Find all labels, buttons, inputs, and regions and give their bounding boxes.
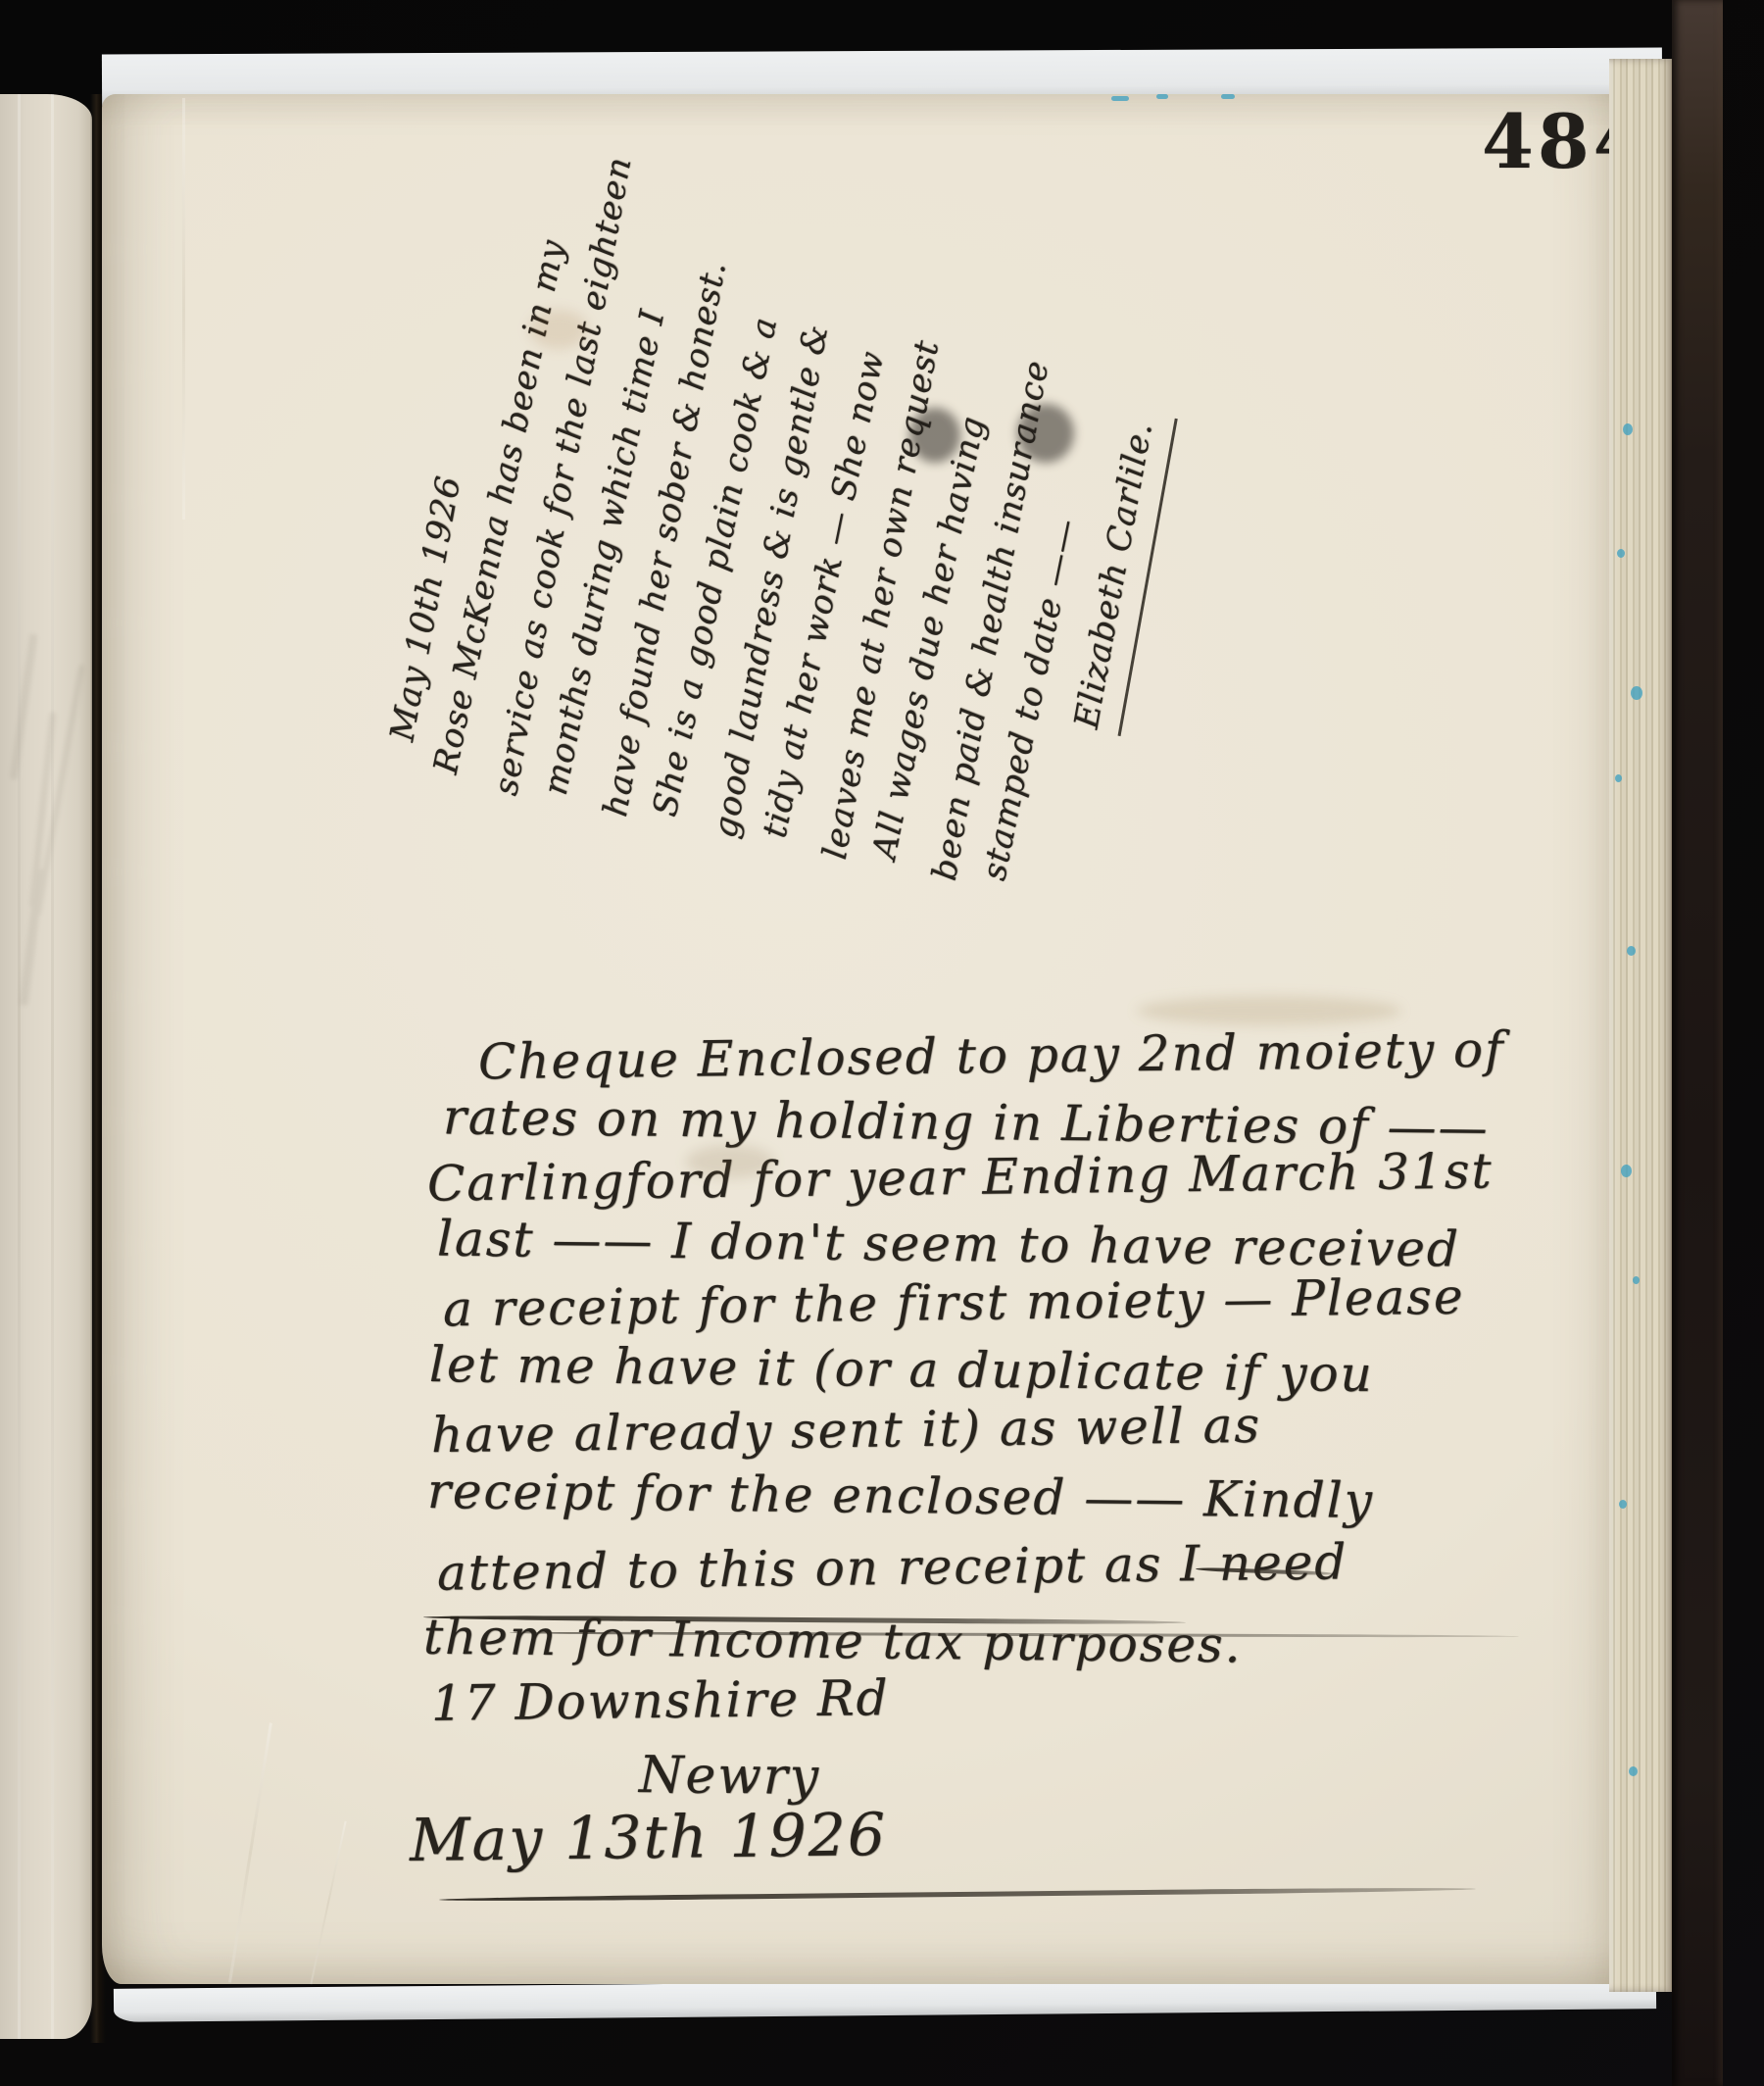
letter-line: let me have it (or a duplicate if you	[429, 1336, 1374, 1403]
letter-line: receipt for the enclosed —— Kindly	[427, 1463, 1375, 1529]
blue-speck	[1619, 1500, 1627, 1509]
date-line: May 13th 1926	[410, 1801, 888, 1875]
letter-line: last —— I don't seem to have received	[437, 1211, 1460, 1278]
address-line: Newry	[639, 1746, 821, 1807]
blue-speck	[1623, 423, 1633, 435]
reference-note-block: May 10th 1926 Rose McKenna has been in m…	[365, 132, 1203, 907]
blue-speck	[1221, 94, 1235, 99]
blue-speck	[1621, 1165, 1632, 1177]
book-binding-cover	[1672, 0, 1723, 2086]
bleed-through-ghost-writing	[14, 623, 73, 1045]
left-page-stack	[0, 94, 92, 2039]
letter-line: have already sent it) as well as	[431, 1397, 1262, 1464]
blue-speck	[1617, 549, 1625, 558]
ink-blot	[909, 408, 960, 463]
blue-speck	[1627, 946, 1636, 956]
page-crease	[182, 98, 185, 520]
ink-blot	[1017, 404, 1074, 463]
address-line: 17 Downshire Rd	[431, 1669, 890, 1732]
page-crease	[310, 1821, 346, 1985]
blue-speck	[1629, 1766, 1638, 1776]
blue-speck	[1615, 774, 1622, 782]
fore-edge-page-stack	[1609, 59, 1674, 1992]
scanned-book-photograph: 484 May 10th 1926 Rose McKenna has been …	[0, 0, 1764, 2086]
blue-speck	[1633, 1276, 1640, 1284]
page-crease	[228, 1722, 272, 1982]
page-crease	[18, 94, 21, 2039]
blue-speck	[1111, 96, 1129, 101]
paper-stain	[529, 310, 588, 349]
page-crease	[51, 94, 54, 2039]
paper-stain	[686, 1145, 774, 1178]
bleed-through-stain	[1137, 996, 1401, 1025]
blue-speck	[1631, 686, 1642, 700]
blue-speck	[1156, 94, 1168, 99]
